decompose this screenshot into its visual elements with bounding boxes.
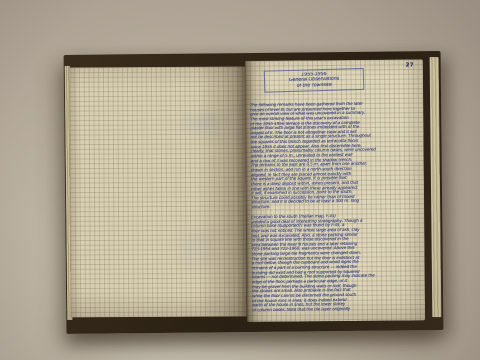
left-page-blank	[69, 67, 246, 318]
notebook: 27 1955-1956 General Observations of the…	[67, 54, 438, 326]
ink-show-through	[166, 217, 226, 277]
photo-background: 27 1955-1956 General Observations of the…	[0, 0, 480, 360]
right-page-handwritten: 27 1955-1956 General Observations of the…	[245, 59, 425, 322]
title-box: 1955-1956 General Observations of the To…	[264, 68, 365, 93]
page-curvature-shading	[69, 67, 246, 318]
handwriting-paragraph-1: The following remarks have been gathered…	[250, 101, 422, 210]
title-line-3: of the Townsite	[267, 82, 361, 90]
page-number: 27	[406, 62, 414, 68]
handwriting-paragraph-2: Excavation to the south (melian map, F-4…	[251, 213, 423, 313]
handwriting-block: The following remarks have been gathered…	[250, 101, 423, 317]
ink-show-through	[170, 107, 240, 141]
